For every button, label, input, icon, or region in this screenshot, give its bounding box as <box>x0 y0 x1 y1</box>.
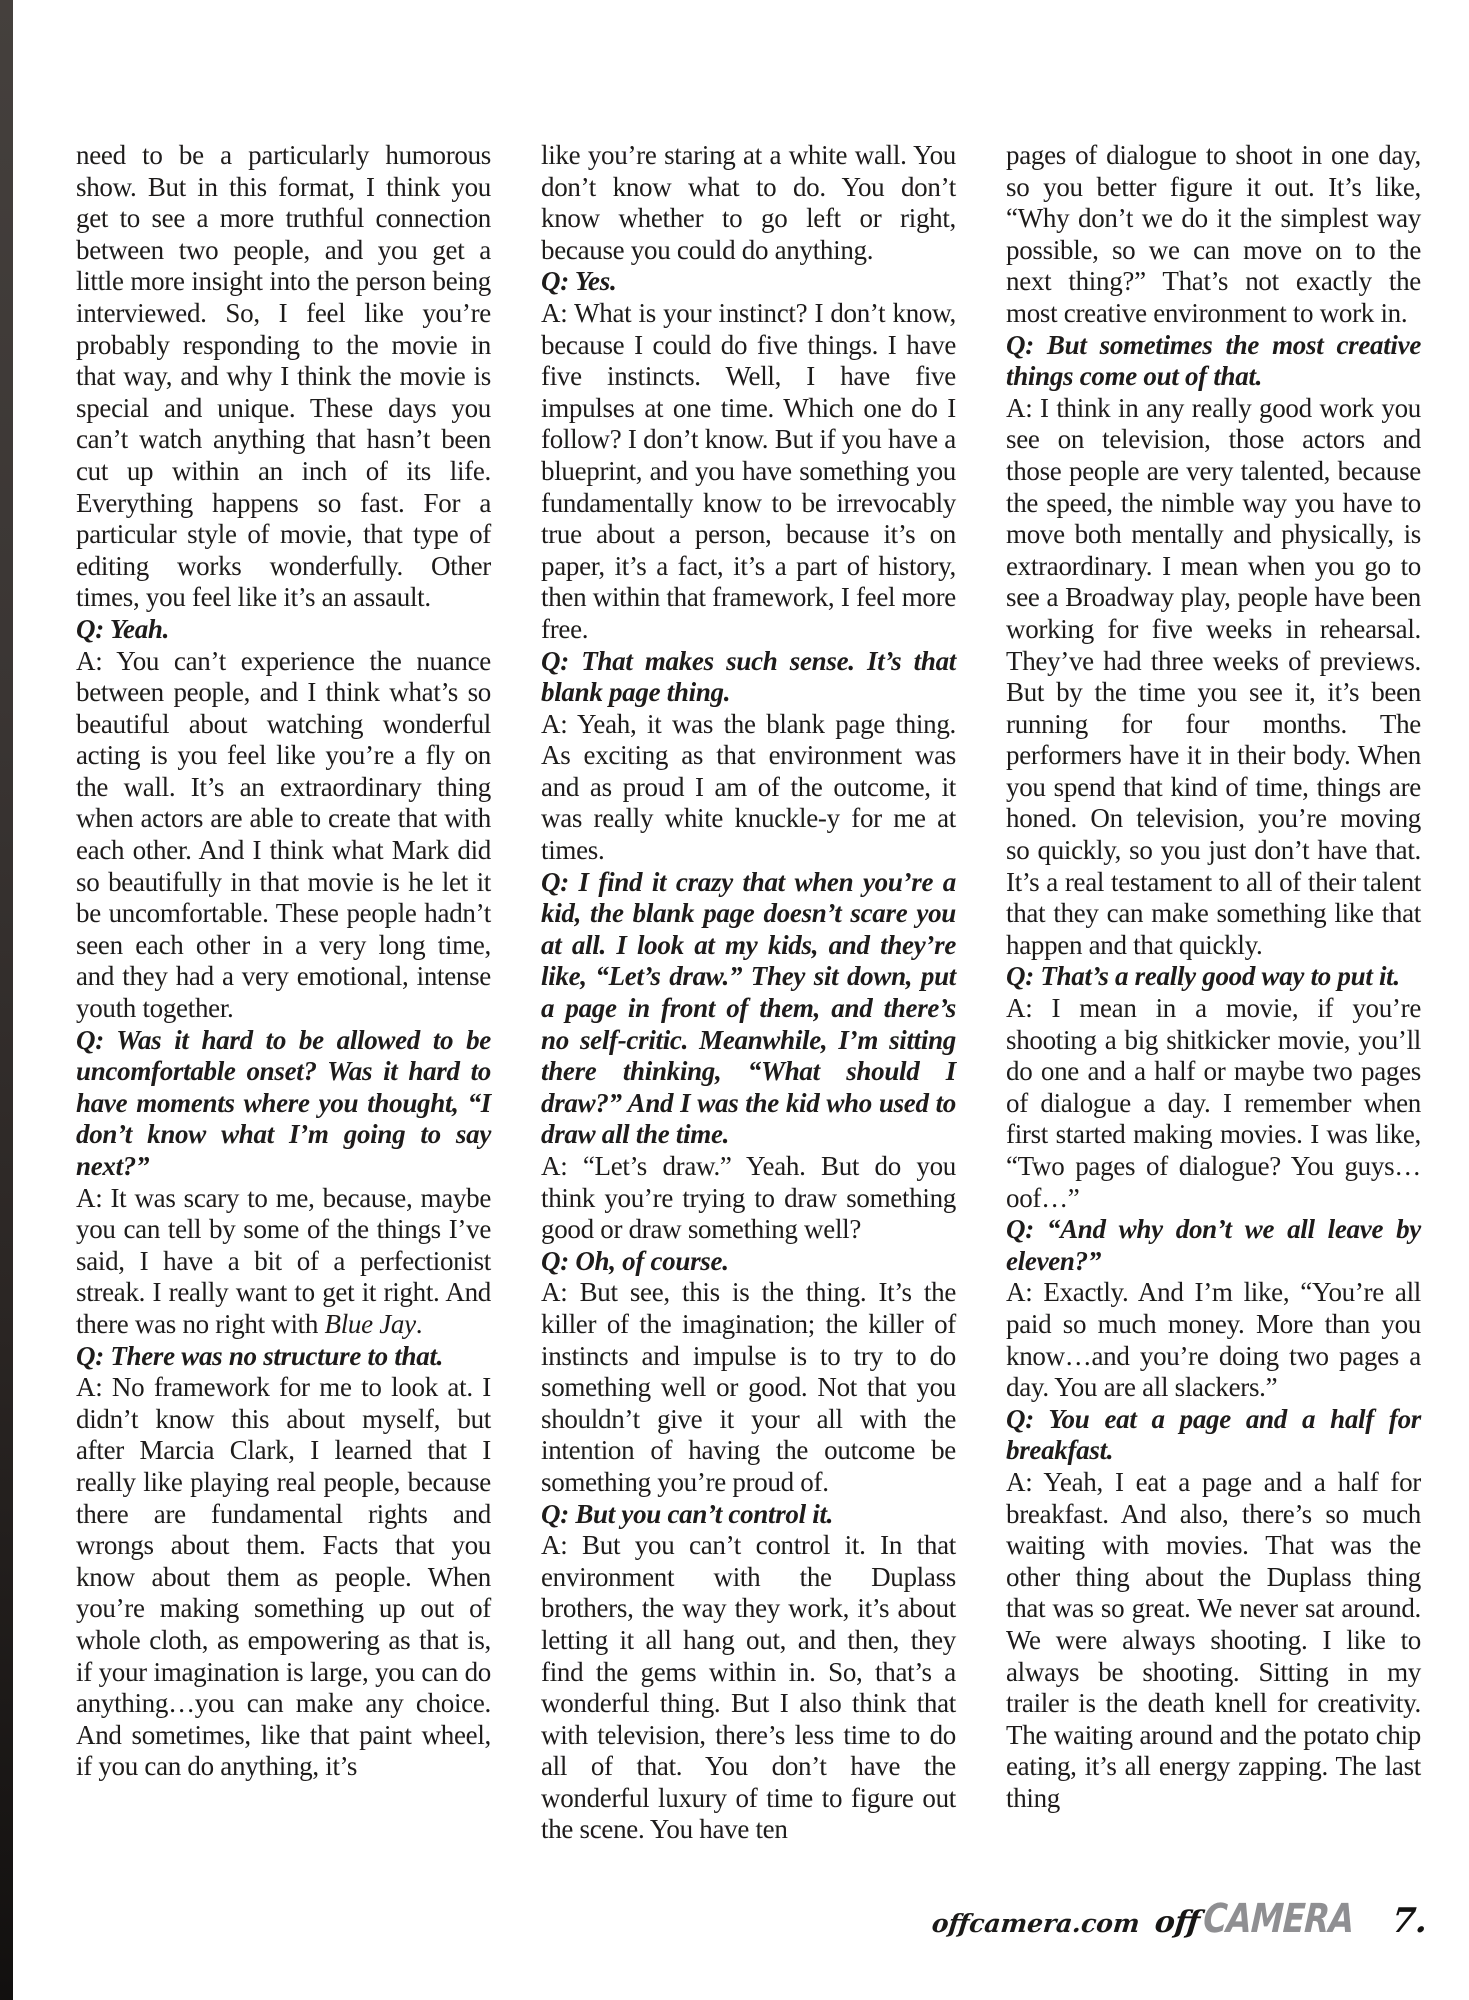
answer-paragraph: A: “Let’s draw.” Yeah. But do you think … <box>541 1151 956 1246</box>
answer-paragraph: A: You can’t experience the nuance betwe… <box>76 646 491 1025</box>
answer-paragraph: A: What is your instinct? I don’t know, … <box>541 298 956 646</box>
answer-paragraph: need to be a particularly humorous show.… <box>76 140 491 614</box>
answer-paragraph: A: I mean in a movie, if you’re shooting… <box>1006 993 1421 1214</box>
answer-paragraph: A: But see, this is the thing. It’s the … <box>541 1277 956 1498</box>
question-paragraph: Q: I find it crazy that when you’re a ki… <box>541 867 956 1151</box>
answer-paragraph: A: But you can’t control it. In that env… <box>541 1530 956 1846</box>
logo-camera-text: CAMERA <box>1202 1896 1355 1942</box>
answer-paragraph: pages of dialogue to shoot in one day, s… <box>1006 140 1421 330</box>
question-paragraph: Q: You eat a page and a half for breakfa… <box>1006 1404 1421 1467</box>
footer-website: offcamera.com <box>930 1909 1141 1938</box>
question-paragraph: Q: Yeah. <box>76 614 491 646</box>
article-columns: need to be a particularly humorous show.… <box>76 140 1421 1846</box>
question-paragraph: Q: That’s a really good way to put it. <box>1006 961 1421 993</box>
question-paragraph: Q: That makes such sense. It’s that blan… <box>541 646 956 709</box>
page-spine-shadow <box>0 0 13 2000</box>
question-paragraph: Q: Yes. <box>541 266 956 298</box>
logo-off-text: off <box>1154 1905 1203 1940</box>
offcamera-logo: off CAMERA <box>1155 1896 1385 1942</box>
question-paragraph: Q: “And why don’t we all leave by eleven… <box>1006 1214 1421 1277</box>
magazine-page: need to be a particularly humorous show.… <box>0 0 1469 2000</box>
question-paragraph: Q: There was no structure to that. <box>76 1341 491 1373</box>
answer-paragraph: A: Yeah, it was the blank page thing. As… <box>541 709 956 867</box>
answer-paragraph: A: It was scary to me, because, maybe yo… <box>76 1183 491 1341</box>
question-paragraph: Q: But sometimes the most creative thing… <box>1006 330 1421 393</box>
text-column-3: pages of dialogue to shoot in one day, s… <box>1006 140 1421 1846</box>
question-paragraph: Q: But you can’t control it. <box>541 1499 956 1531</box>
answer-paragraph: A: Exactly. And I’m like, “You’re all pa… <box>1006 1277 1421 1403</box>
page-number: 7. <box>1389 1901 1429 1941</box>
answer-paragraph: A: No framework for me to look at. I did… <box>76 1372 491 1783</box>
question-paragraph: Q: Was it hard to be allowed to be uncom… <box>76 1025 491 1183</box>
answer-paragraph: A: Yeah, I eat a page and a half for bre… <box>1006 1467 1421 1815</box>
page-footer: offcamera.com off CAMERA 7. <box>932 1896 1427 1942</box>
text-column-2: like you’re staring at a white wall. You… <box>541 140 956 1846</box>
answer-paragraph: A: I think in any really good work you s… <box>1006 393 1421 962</box>
answer-paragraph: like you’re staring at a white wall. You… <box>541 140 956 266</box>
text-column-1: need to be a particularly humorous show.… <box>76 140 491 1846</box>
question-paragraph: Q: Oh, of course. <box>541 1246 956 1278</box>
